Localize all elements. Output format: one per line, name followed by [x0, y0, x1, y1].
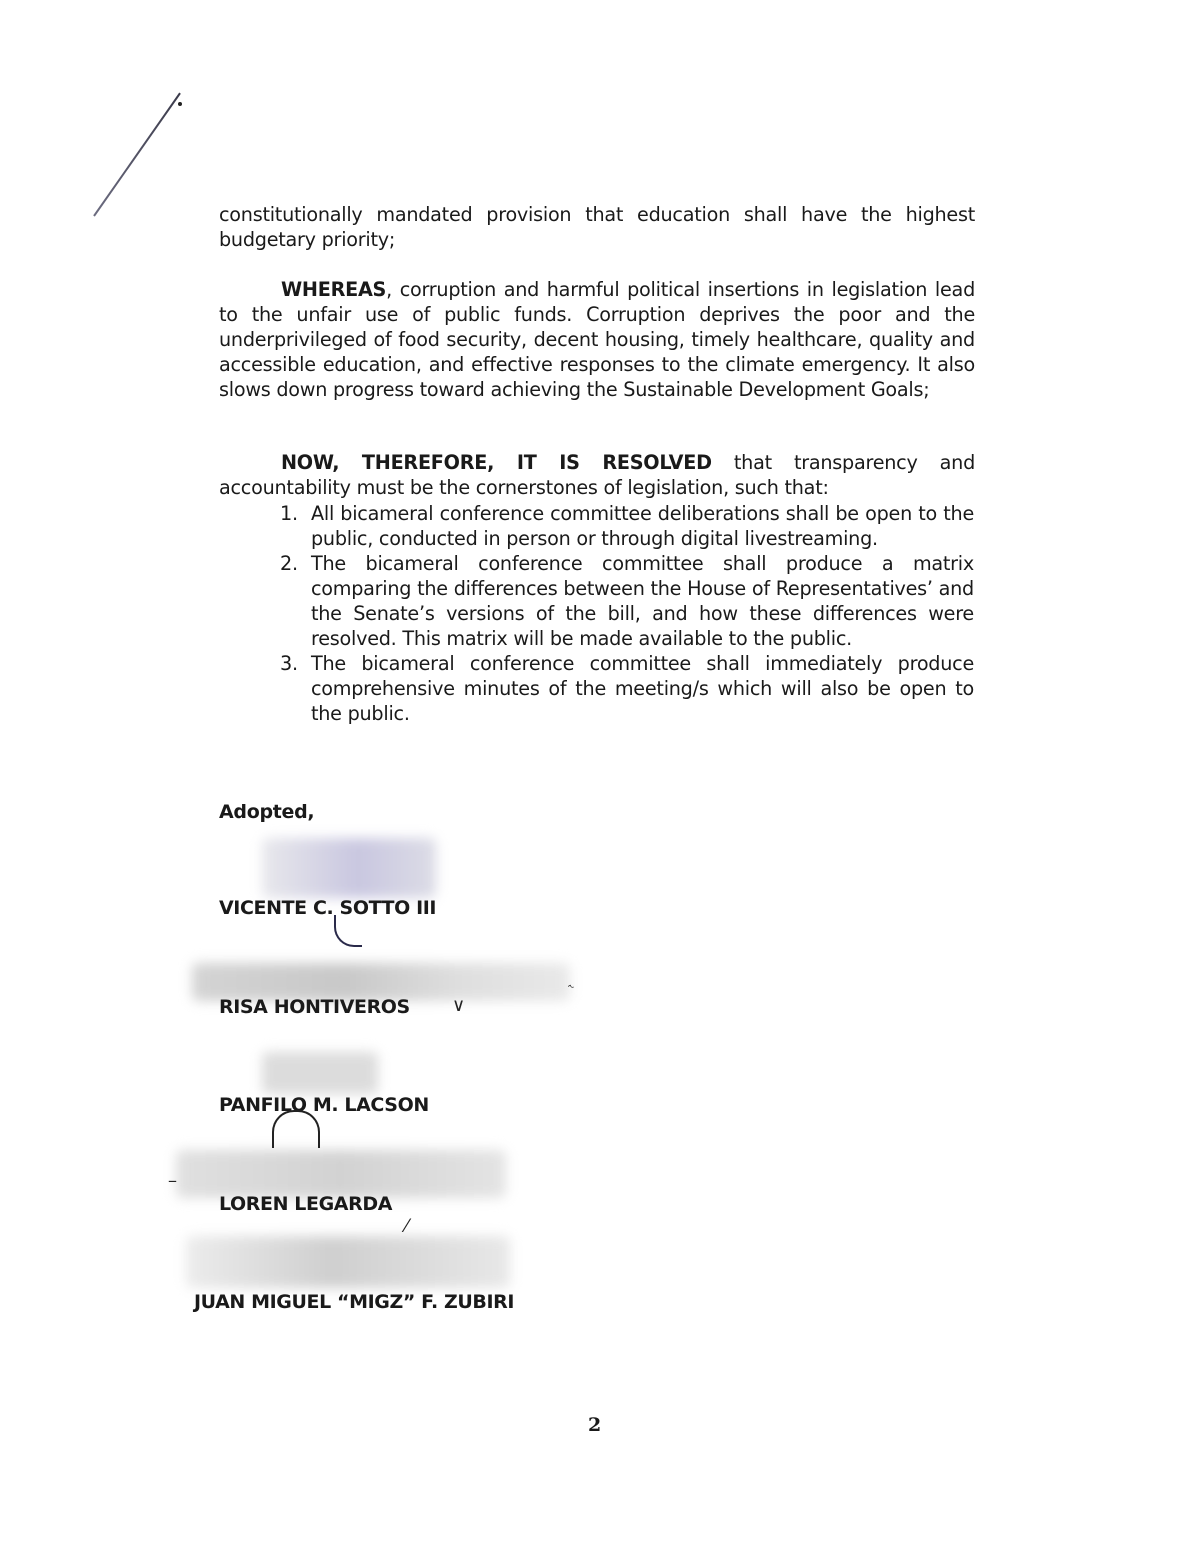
list-text: All bicameral conference committee delib…	[311, 502, 974, 550]
signatory-name: PANFILO M. LACSON	[219, 1094, 429, 1116]
list-number: 3.	[280, 651, 298, 676]
signature-stroke-icon: ˞	[568, 980, 574, 996]
signature-stroke-icon	[334, 915, 362, 947]
document-page: constitutionally mandated provision that…	[0, 0, 1200, 1563]
redacted-signature	[262, 838, 436, 898]
whereas-lead: WHEREAS	[281, 278, 386, 301]
resolved-lead: NOW, THEREFORE, IT IS RESOLVED	[281, 451, 712, 474]
pen-dot-icon	[178, 102, 182, 106]
list-text: The bicameral conference committee shall…	[311, 652, 974, 725]
list-item: 2.The bicameral conference committee sha…	[280, 551, 974, 651]
redacted-signature	[186, 1236, 510, 1288]
paragraph-resolved: NOW, THEREFORE, IT IS RESOLVED that tran…	[219, 450, 975, 500]
signature-stroke-icon: –	[168, 1170, 177, 1191]
adopted-label: Adopted,	[219, 801, 314, 823]
paragraph-continuation: constitutionally mandated provision that…	[219, 202, 975, 252]
redacted-signature	[262, 1052, 378, 1094]
list-text: The bicameral conference committee shall…	[311, 552, 974, 650]
redacted-signature	[176, 1150, 506, 1198]
list-item: 1.All bicameral conference committee del…	[280, 501, 974, 551]
page-number: 2	[588, 1414, 601, 1436]
signatory-name: LOREN LEGARDA	[219, 1193, 392, 1215]
paragraph-whereas: WHEREAS, corruption and harmful politica…	[219, 277, 975, 402]
signatory-name: JUAN MIGUEL “MIGZ” F. ZUBIRI	[194, 1291, 514, 1313]
list-item: 3.The bicameral conference committee sha…	[280, 651, 974, 726]
list-number: 1.	[280, 501, 298, 526]
signatory-name: RISA HONTIVEROS	[219, 996, 410, 1018]
list-number: 2.	[280, 551, 298, 576]
signature-stroke-icon: ∨	[452, 995, 465, 1016]
resolution-list: 1.All bicameral conference committee del…	[280, 501, 974, 726]
pen-mark-icon	[93, 93, 181, 217]
signature-stroke-icon: ⁄	[405, 1216, 408, 1237]
signatory-name: VICENTE C. SOTTO III	[219, 897, 436, 919]
signature-stroke-icon	[272, 1110, 320, 1148]
